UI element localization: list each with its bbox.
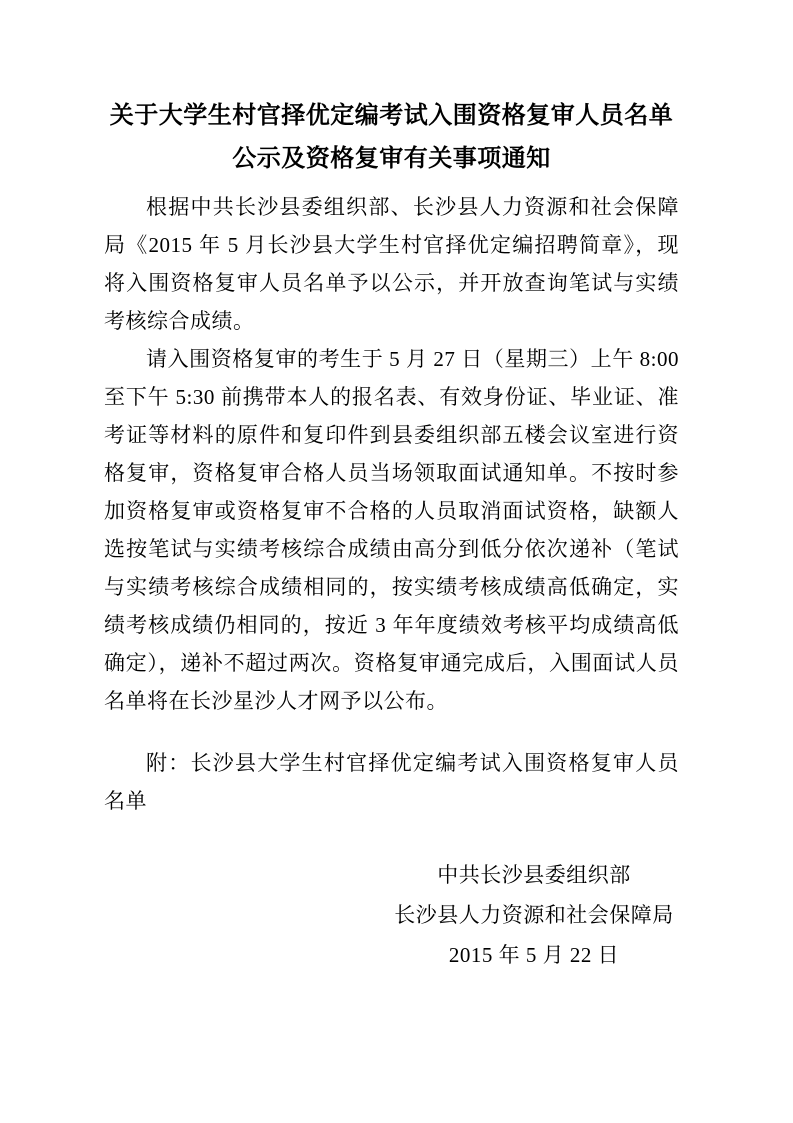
signature-date: 2015 年 5 月 22 日	[389, 935, 679, 975]
document-page: 关于大学生村官择优定编考试入围资格复审人员名单 公示及资格复审有关事项通知 根据…	[0, 0, 793, 1123]
document-body: 根据中共长沙县委组织部、长沙县人力资源和社会保障局《2015 年 5 月长沙县大…	[104, 188, 679, 820]
signature-org-1: 中共长沙县委组织部	[389, 855, 679, 895]
document-title: 关于大学生村官择优定编考试入围资格复审人员名单 公示及资格复审有关事项通知	[104, 95, 679, 181]
document-title-line-1: 关于大学生村官择优定编考试入围资格复审人员名单	[104, 95, 679, 138]
signature-org-2: 长沙县人力资源和社会保障局	[389, 895, 679, 935]
signature-block: 中共长沙县委组织部 长沙县人力资源和社会保障局 2015 年 5 月 22 日	[389, 855, 679, 975]
paragraph-basis: 根据中共长沙县委组织部、长沙县人力资源和社会保障局《2015 年 5 月长沙县大…	[104, 188, 679, 340]
attachment-note: 附：长沙县大学生村官择优定编考试入围资格复审人员名单	[104, 744, 679, 820]
document-title-line-2: 公示及资格复审有关事项通知	[104, 138, 679, 181]
paragraph-review-instructions: 请入围资格复审的考生于 5 月 27 日（星期三）上午 8:00 至下午 5:3…	[104, 340, 679, 720]
